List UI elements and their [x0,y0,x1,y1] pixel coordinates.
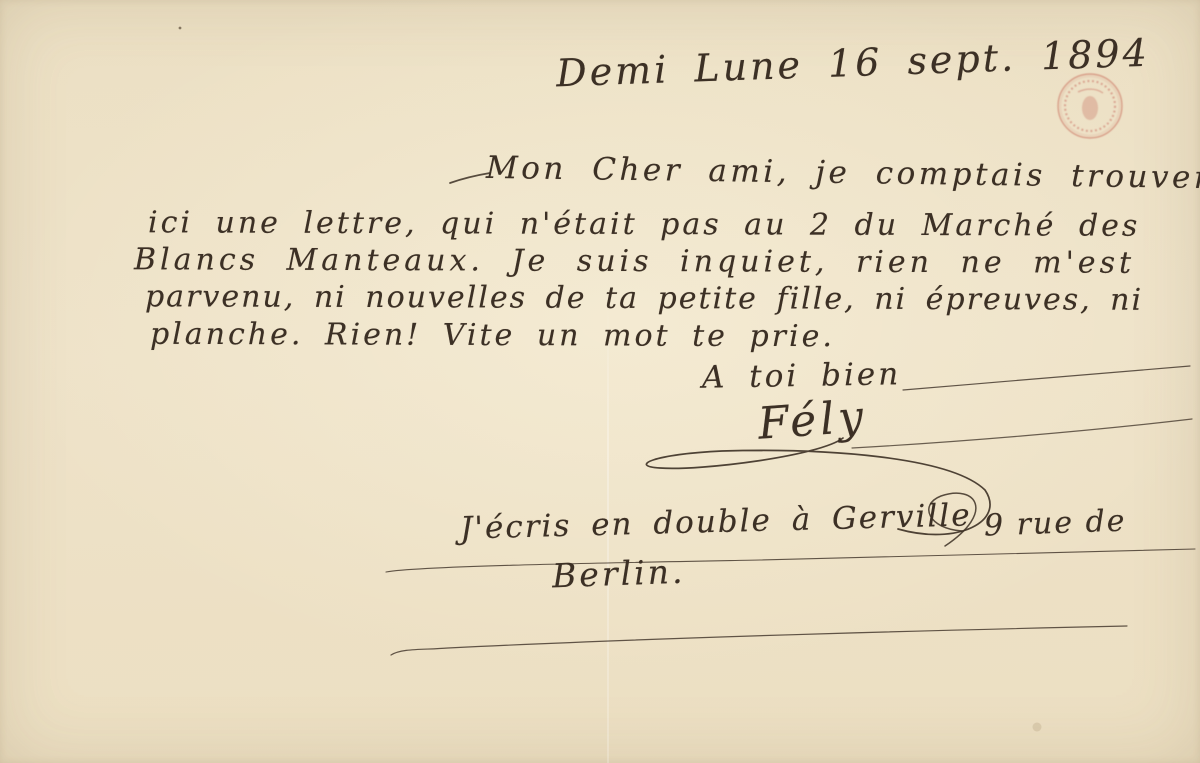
closing-line: A toi bien [702,359,902,393]
postscript-line: Berlin. [551,555,685,593]
dateline: Demi Lune 16 sept. 1894 [556,34,1151,93]
pen-strokes-overlay [0,0,1200,763]
body-line: planche. Rien! Vite un mot te prie. [150,320,835,352]
closing-tail-stroke [903,366,1190,390]
salutation-line: Mon Cher ami, je comptais trouver [486,153,1200,194]
postscript-address: 9 rue de [984,507,1128,542]
library-stamp-icon [1058,74,1122,138]
bottom-pen-stroke [391,626,1127,655]
body-line: Blancs Manteaux. Je suis inquiet, rien n… [134,245,1135,278]
letter-page: Demi Lune 16 sept. 1894 Mon Cher ami, je… [0,0,1200,763]
postscript-line: J'écris en double à Gerville [460,500,972,544]
signature-tail-stroke [852,419,1192,448]
ink-speck [179,27,182,30]
postscript-underline-stroke [386,549,1195,572]
salutation-lead-stroke [450,173,490,183]
signature: Fély [757,395,869,447]
body-line: parvenu, ni nouvelles de ta petite fille… [145,282,1143,315]
body-line: ici une lettre, qui n'était pas au 2 du … [148,208,1140,241]
paper-smudge [1033,723,1042,732]
